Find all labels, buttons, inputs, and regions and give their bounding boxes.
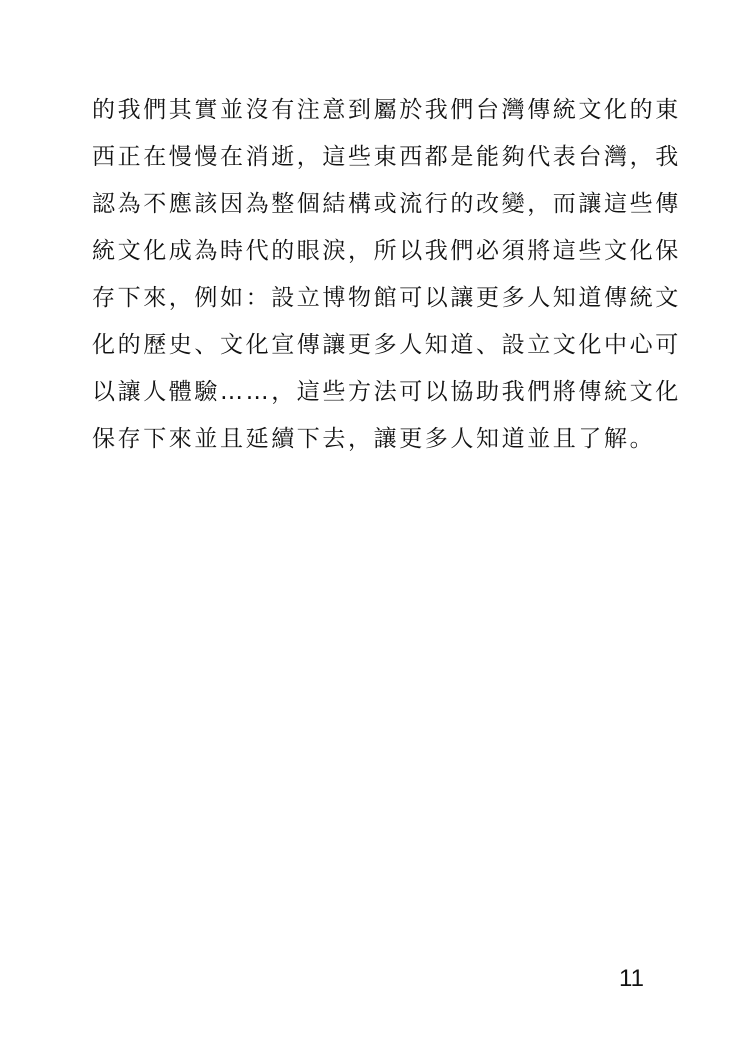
text-line: 以讓人體驗……，這些方法可以協助我們將傳統文化 [92, 374, 637, 421]
text-line: 認為不應該因為整個結構或流行的改變，而讓這些傳 [92, 186, 637, 233]
page-number: 11 [619, 964, 644, 994]
text-line: 化的歷史、文化宣傳讓更多人知道、設立文化中心可 [92, 327, 637, 374]
text-line: 的我們其實並沒有注意到屬於我們台灣傳統文化的東 [92, 92, 637, 139]
body-paragraph: 的我們其實並沒有注意到屬於我們台灣傳統文化的東 西正在慢慢在消逝，這些東西都是能… [92, 92, 637, 468]
text-line: 保存下來並且延續下去，讓更多人知道並且了解。 [92, 421, 637, 468]
text-line: 統文化成為時代的眼淚，所以我們必須將這些文化保 [92, 233, 637, 280]
text-line: 存下來，例如：設立博物館可以讓更多人知道傳統文 [92, 280, 637, 327]
document-page: 的我們其實並沒有注意到屬於我們台灣傳統文化的東 西正在慢慢在消逝，這些東西都是能… [0, 0, 740, 1046]
text-line: 西正在慢慢在消逝，這些東西都是能夠代表台灣，我 [92, 139, 637, 186]
